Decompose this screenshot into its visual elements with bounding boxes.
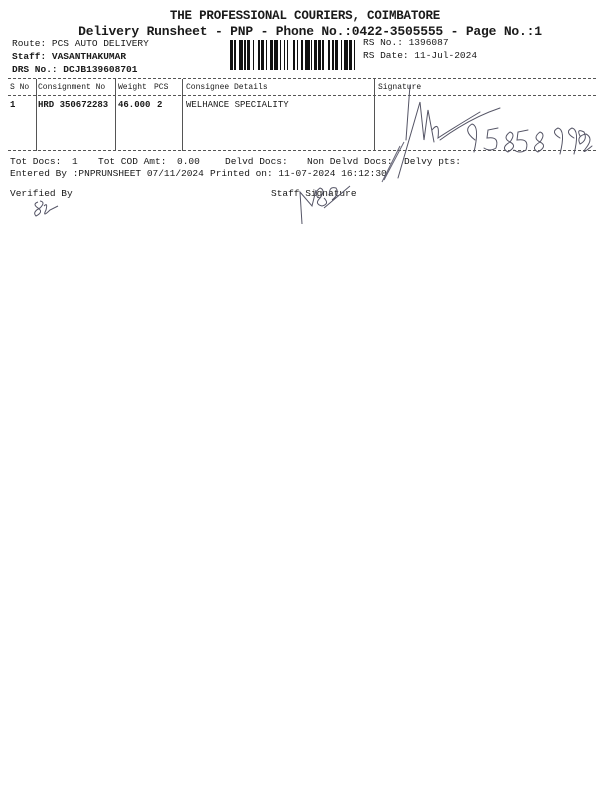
barcode-icon bbox=[230, 40, 358, 70]
column-divider bbox=[36, 79, 37, 151]
column-divider bbox=[374, 79, 375, 151]
tot-cod-label: Tot COD Amt: bbox=[98, 156, 166, 167]
company-title: THE PROFESSIONAL COURIERS, COIMBATORE bbox=[0, 9, 600, 23]
column-header-pcs: PCS bbox=[154, 83, 168, 92]
signature-stroke-icon bbox=[378, 140, 408, 184]
route-text: Route: PCS AUTO DELIVERY bbox=[12, 38, 149, 49]
tot-cod-value: 0.00 bbox=[177, 156, 200, 167]
tot-docs-value: 1 bbox=[72, 156, 78, 167]
delvd-docs-label: Delvd Docs: bbox=[225, 156, 288, 167]
entered-by: Entered By :PNPRUNSHEET 07/11/2024 bbox=[10, 168, 204, 179]
staff-text: Staff: VASANTHAKUMAR bbox=[12, 51, 126, 62]
cell-pcs: 2 bbox=[157, 100, 162, 110]
column-header-consignee: Consignee Details bbox=[186, 83, 268, 92]
table-top-rule bbox=[8, 78, 596, 79]
cell-weight: 46.000 bbox=[118, 100, 150, 110]
tot-docs-label: Tot Docs: bbox=[10, 156, 61, 167]
column-header-consignment: Consignment No bbox=[38, 83, 105, 92]
handwritten-signature-icon bbox=[380, 80, 600, 190]
column-divider bbox=[115, 79, 116, 151]
delvy-pts-label: Delvy pts: bbox=[404, 156, 461, 167]
staff-signature-icon bbox=[290, 178, 360, 228]
rs-number: RS No.: 1396087 bbox=[363, 37, 449, 48]
rs-date: RS Date: 11-Jul-2024 bbox=[363, 50, 477, 61]
cell-sno: 1 bbox=[10, 100, 15, 110]
cell-consignment-no: HRD 350672283 bbox=[38, 100, 108, 110]
column-header-weight: Weight bbox=[118, 83, 147, 92]
column-header-sno: S No bbox=[10, 83, 29, 92]
cell-consignee: WELHANCE SPECIALITY bbox=[186, 100, 289, 110]
verifier-initials-icon bbox=[30, 198, 70, 222]
drs-number: DRS No.: DCJB139608701 bbox=[12, 64, 137, 75]
column-divider bbox=[182, 79, 183, 151]
runsheet-subtitle: Delivery Runsheet - PNP - Phone No.:0422… bbox=[0, 24, 600, 39]
